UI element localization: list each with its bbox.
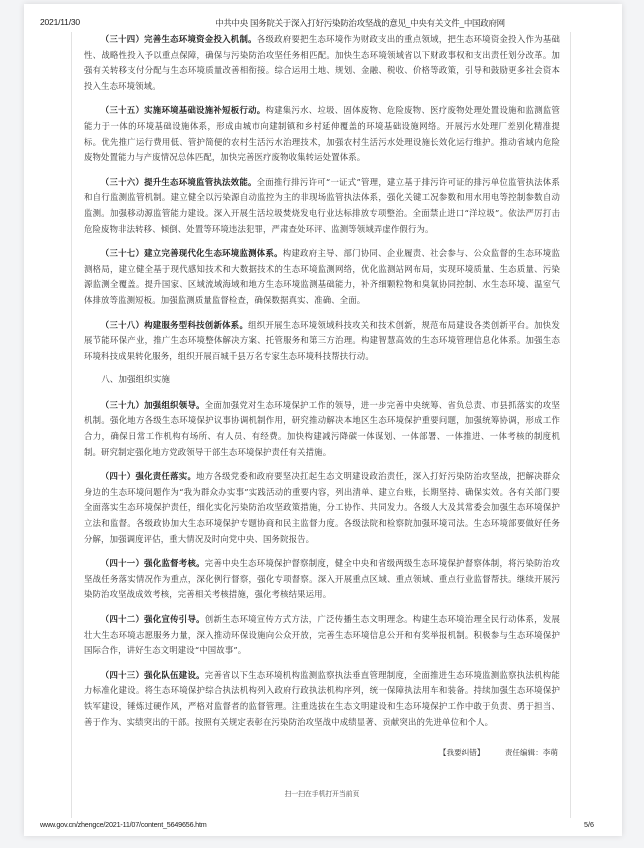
page-number: 5/6 xyxy=(584,820,594,829)
paragraph-lead: （四十）强化责任落实。 xyxy=(101,471,196,481)
paragraph-35: （三十五）实施环境基础设施补短板行动。构建集污水、垃圾、固体废物、危险废物、医疗… xyxy=(84,103,560,165)
article-content: （三十四）完善生态环境资金投入机制。各级政府要把生态环境作为财政支出的重点领域，… xyxy=(71,32,571,818)
print-date: 2021/11/30 xyxy=(40,17,80,27)
paragraph-37: （三十七）建立完善现代化生态环境监测体系。构建政府主导、部门协同、企业履责、社会… xyxy=(84,246,560,308)
paragraph-lead: （三十六）提升生态环境监管执法效能。 xyxy=(101,177,257,187)
report-error-link[interactable]: 【我要纠错】 xyxy=(439,748,485,757)
paragraph-41: （四十一）强化监督考核。完善中央生态环境保护督察制度，健全中央和省级两级生态环境… xyxy=(84,556,560,603)
paragraph-lead: （四十二）强化宣传引导。 xyxy=(101,614,205,624)
paragraph-lead: （三十七）建立完善现代化生态环境监测体系。 xyxy=(101,248,283,258)
paragraph-lead: （四十一）强化监督考核。 xyxy=(101,558,205,568)
paragraph-42: （四十二）强化宣传引导。创新生态环境宣传方式方法，广泛传播生态文明理念。构建生态… xyxy=(84,612,560,659)
qr-caption: 扫一扫在手机打开当前页 xyxy=(84,788,560,798)
paragraph-lead: （三十四）完善生态环境资金投入机制。 xyxy=(101,34,257,44)
paragraph-40: （四十）强化责任落实。地方各级党委和政府要坚决扛起生态文明建设政治责任，深入打好… xyxy=(84,469,560,547)
section-heading: 八、加强组织实施 xyxy=(84,373,560,389)
paragraph-38: （三十八）构建服务型科技创新体系。组织开展生态环境领域科技攻关和技术创新，规范布… xyxy=(84,318,560,365)
paragraph-39: （三十九）加强组织领导。全面加强党对生态环境保护工作的领导，进一步完善中央统筹、… xyxy=(84,398,560,460)
paragraph-36: （三十六）提升生态环境监管执法效能。全面推行排污许可“一证式”管理，建立基于排污… xyxy=(84,175,560,237)
paragraph-lead: （四十三）强化队伍建设。 xyxy=(101,670,205,680)
responsible-editor: 责任编辑：李萌 xyxy=(505,748,558,757)
page-title: 中共中央 国务院关于深入打好污染防治攻坚战的意见_中央有关文件_中国政府网 xyxy=(174,17,546,29)
print-url: www.gov.cn/zhengce/2021-11/07/content_56… xyxy=(40,820,207,829)
paragraph-lead: （三十八）构建服务型科技创新体系。 xyxy=(101,320,248,330)
paragraph-lead: （三十五）实施环境基础设施补短板行动。 xyxy=(101,105,266,115)
paragraph-lead: （三十九）加强组织领导。 xyxy=(101,400,205,410)
paragraph-34: （三十四）完善生态环境资金投入机制。各级政府要把生态环境作为财政支出的重点领域，… xyxy=(84,32,560,94)
paragraph-body: 地方各级党委和政府要坚决扛起生态文明建设政治责任，深入打好污染防治攻坚战，把解决… xyxy=(84,471,560,543)
paragraph-43: （四十三）强化队伍建设。完善省以下生态环境机构监测监察执法垂直管理制度，全面推进… xyxy=(84,668,560,730)
editor-row: 【我要纠错】 责任编辑：李萌 xyxy=(84,747,560,758)
printed-page: 2021/11/30 中共中央 国务院关于深入打好污染防治攻坚战的意见_中央有关… xyxy=(24,4,622,836)
